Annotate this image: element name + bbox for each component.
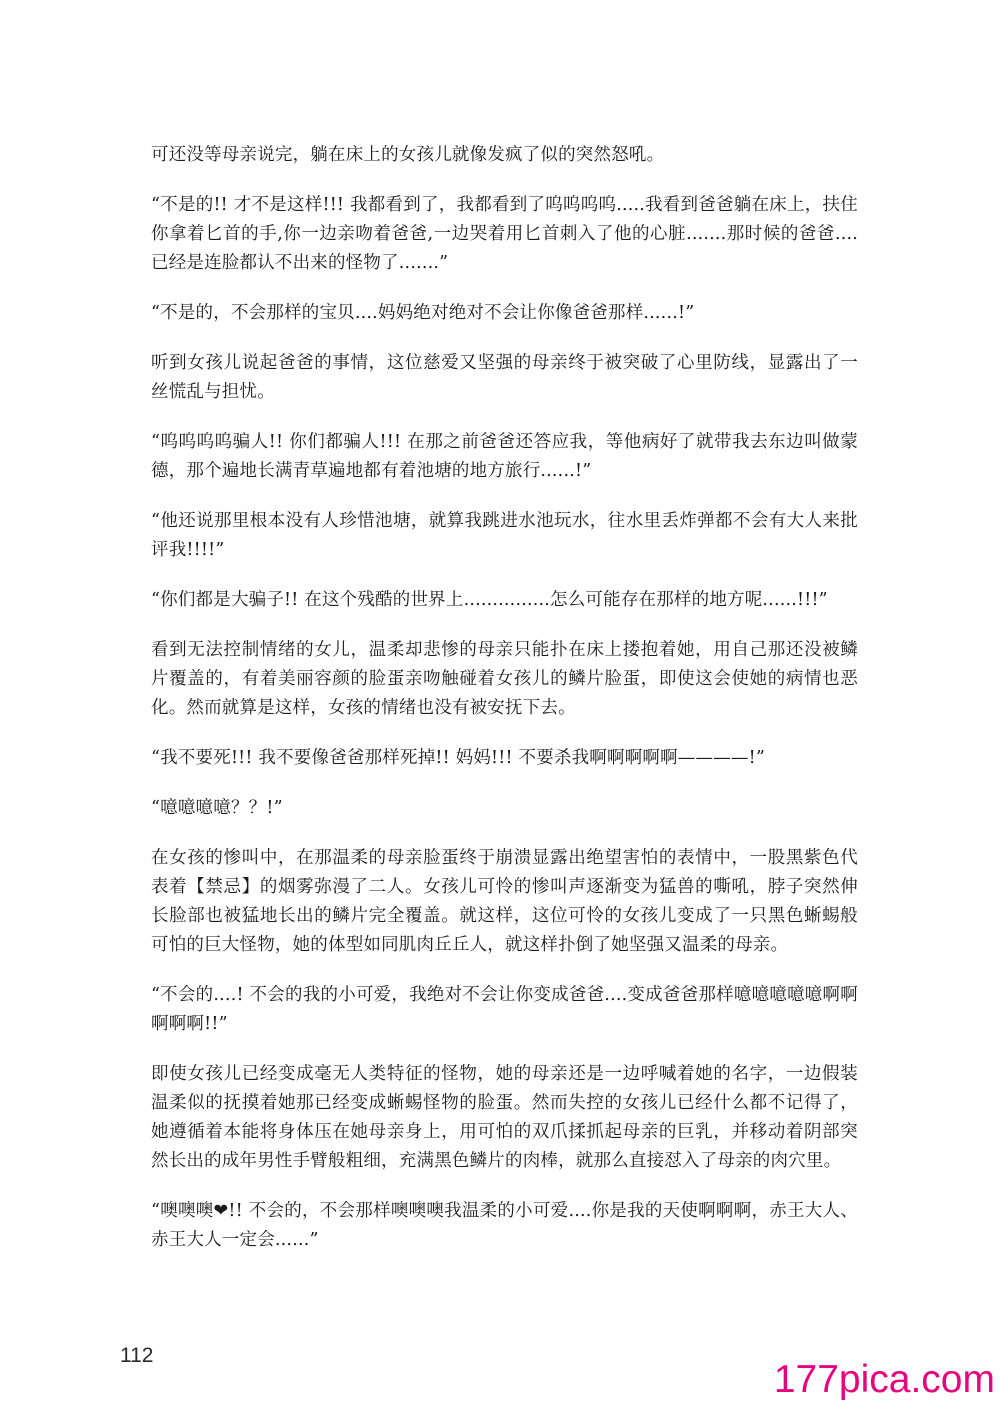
paragraph-narration: 听到女孩儿说起爸爸的事情，这位慈爱又坚强的母亲终于被突破了心里防线，显露出了一丝… (151, 349, 858, 407)
paragraph-narration: 看到无法控制情绪的女儿，温柔却悲惨的母亲只能扑在床上搂抱着她，用自己那还没被鳞片… (151, 636, 858, 723)
paragraph-dialogue: “不是的!! 才不是这样!!! 我都看到了，我都看到了呜呜呜呜.....我看到爸… (151, 191, 858, 278)
paragraph-dialogue: “不会的....! 不会的我的小可爱，我绝对不会让你变成爸爸....变成爸爸那样… (151, 981, 858, 1039)
paragraph-dialogue: “噢噢噢❤!! 不会的，不会那样噢噢噢我温柔的小可爱....你是我的天使啊啊啊，… (151, 1197, 858, 1255)
text-column: 可还没等母亲说完，躺在床上的女孩儿就像发疯了似的突然怒吼。 “不是的!! 才不是… (151, 141, 858, 1276)
paragraph-dialogue: “不是的，不会那样的宝贝....妈妈绝对绝对不会让你像爸爸那样......!” (151, 299, 858, 328)
paragraph-narration: 即使女孩儿已经变成毫无人类特征的怪物，她的母亲还是一边呼喊着她的名字，一边假装温… (151, 1060, 858, 1176)
paragraph-narration: 可还没等母亲说完，躺在床上的女孩儿就像发疯了似的突然怒吼。 (151, 141, 858, 170)
paragraph-dialogue: “他还说那里根本没有人珍惜池塘，就算我跳进水池玩水，往水里丢炸弹都不会有大人来批… (151, 507, 858, 565)
page-number: 112 (120, 1344, 153, 1368)
paragraph-dialogue: “噫噫噫噫？？!” (151, 794, 858, 823)
paragraph-narration: 在女孩的惨叫中，在那温柔的母亲脸蛋终于崩溃显露出绝望害怕的表情中，一股黑紫色代表… (151, 844, 858, 960)
paragraph-dialogue: “呜呜呜呜骗人!! 你们都骗人!!! 在那之前爸爸还答应我，等他病好了就带我去东… (151, 428, 858, 486)
document-page: 可还没等母亲说完，躺在床上的女孩儿就像发疯了似的突然怒吼。 “不是的!! 才不是… (0, 0, 1000, 1414)
watermark-site-url: 177pica.com (774, 1358, 995, 1402)
paragraph-dialogue: “你们都是大骗子!! 在这个残酷的世界上...............怎么可能存… (151, 586, 858, 615)
paragraph-dialogue: “我不要死!!! 我不要像爸爸那样死掉!! 妈妈!!! 不要杀我啊啊啊啊啊———… (151, 744, 858, 773)
